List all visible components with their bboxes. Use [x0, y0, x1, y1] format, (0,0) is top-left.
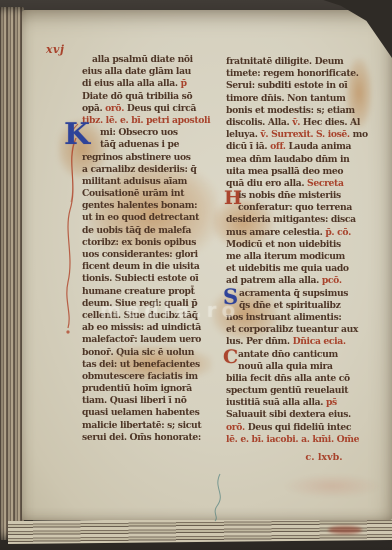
text-line: uita mea psallā deo meo [226, 166, 376, 178]
text-line: nouū alla quia mira [226, 361, 376, 373]
text-line: me alla iterum modicum [226, 251, 376, 263]
text-line: obmutescere faciatis im [82, 371, 212, 383]
book-page: xvj alla psalmū diate nōieius alla date … [22, 10, 392, 520]
text-line: mea dn̄m laudabo dn̄m in [226, 154, 376, 166]
text-segment: eius alla date glām lau [82, 66, 191, 77]
text-segment: quasi uelamen habentes [82, 407, 199, 418]
text-segment: mi: Obsecro uos [100, 127, 178, 138]
text-segment: ficent deum in die uisita [82, 261, 199, 272]
text-line: bonor̄. Quia sic ē uolun [82, 347, 212, 359]
text-segment: uita mea psallā deo meo [226, 166, 343, 177]
right-text-column: fratnitatē diligite. Deumtimete: regem h… [226, 56, 376, 446]
manuscript-photo: xvj alla psalmū diate nōieius alla date … [0, 0, 392, 550]
text-line: bonis et modestis: s; etiam [226, 105, 376, 117]
text-segment: Deus qui circā [124, 103, 196, 114]
text-segment: ad patrem alla alla. [226, 275, 322, 286]
watermark: media.ro [100, 298, 240, 322]
left-text-column: alla psalmū diate nōieius alla date glām… [82, 54, 212, 444]
text-segment: uos considerantes: glori [82, 249, 198, 260]
text-segment: alla psalmū diate nōi [92, 54, 193, 65]
rubric-segment: p̄ [178, 78, 187, 89]
text-line: Kmi: Obsecro uos [82, 127, 212, 139]
rubric-segment: pcō. [322, 275, 342, 286]
text-segment: obmutescere faciatis im [82, 371, 198, 382]
text-line: eius alla date glām lau [82, 66, 212, 78]
text-line: Diate dō quā tribilia sō [82, 91, 212, 103]
rubric-segment: Dn̄ica ecia. [293, 336, 346, 347]
text-segment: opā. [82, 103, 105, 114]
text-segment: mo [350, 129, 368, 140]
text-segment: bilia fecit dn̄s alla ante cō [226, 373, 350, 384]
text-segment: et uidebitis me quia uado [226, 263, 349, 274]
folio-number: xvj [46, 43, 64, 56]
text-line: prudentiū hoīm ignorā [82, 383, 212, 395]
text-line: alla psalmū diate nōi [82, 54, 212, 66]
rubric-segment: ps̄ [326, 397, 337, 408]
rubric-segment: Secreta [307, 178, 344, 189]
text-line: mus amare celestia. p̄. cō. [226, 227, 376, 239]
text-segment: leluya. [226, 129, 260, 140]
text-line: militant aduisus aīam [82, 176, 212, 188]
text-line: lē. e. bī. iacobi. a. km̄i. Om̄e [226, 434, 376, 446]
text-segment: acramenta q̄ supsimus [239, 288, 348, 299]
book-fore-edges [0, 7, 24, 540]
text-segment: mus amare celestia. [226, 227, 325, 238]
text-line: lus. Per dn̄m. Dn̄ica ecia. [226, 336, 376, 348]
text-segment: ctoribz: ex bonis opibus [82, 237, 196, 248]
text-line: humane creature propt̄ [82, 286, 212, 298]
text-segment: dicū ī iā. [226, 141, 270, 152]
text-segment: malicie libertatē: s; sicut [82, 420, 201, 431]
text-line: ut in eo quod detrectant [82, 212, 212, 224]
text-line: tas dei: ut benefacientes [82, 359, 212, 371]
text-segment: Lauda anima [286, 141, 351, 152]
text-segment: regrinos abstinere uos [82, 152, 191, 163]
text-segment: conferatur: quo terrena [238, 202, 352, 213]
rubric-segment: v̄. Surrexit. S. iosē. [260, 129, 349, 140]
text-segment: militant aduisus aīam [82, 176, 187, 187]
text-segment: ab eo missis: ad uindictā [82, 322, 201, 333]
rubric-segment: lē. e. bī. iacobi. a. km̄i. Om̄e [226, 434, 359, 445]
text-segment: Diate dō quā tribilia sō [82, 91, 192, 102]
text-segment: humane creature propt̄ [82, 286, 195, 297]
text-line: ad patrem alla alla. pcō. [226, 275, 376, 287]
text-line: quasi uelamen habentes [82, 407, 212, 419]
text-line: tionis. Subiecti estote oī [82, 273, 212, 285]
ink-show-through [284, 474, 380, 498]
text-line: gentes halentes bonam: [82, 200, 212, 212]
rubric-segment: orō. [105, 103, 124, 114]
text-line: Serui: subditi estote in oī [226, 80, 376, 92]
rubric-segment: tibz. lē. e. bī. petri apostoli [82, 115, 210, 126]
text-line: ficent deum in die uisita [82, 261, 212, 273]
text-line: Cantate dn̄o canticum [226, 349, 376, 361]
text-line: a carnalibz desideriis: q̄ [82, 164, 212, 176]
text-segment: Deus qui fideliū intec [245, 422, 351, 433]
text-segment: tiam. Quasi liberi ī nō [82, 395, 187, 406]
text-segment: Hec dies. Al [300, 117, 360, 128]
text-line: tāq̄ aduenas i pe [82, 139, 212, 151]
text-segment: nouū alla quia mira [238, 361, 333, 372]
text-segment: Modicū et non uidebitis [226, 239, 341, 250]
text-line: et corporalibz tueantur aux [226, 324, 376, 336]
text-line: opā. orō. Deus qui circā [82, 103, 212, 115]
rubric-segment: v̄. [292, 117, 300, 128]
text-segment: timete: regem honorificate. [226, 68, 359, 79]
text-segment: di eius alla alla alla. [82, 78, 178, 89]
text-segment: nos instruant alimentis: [226, 312, 341, 323]
text-segment: gentes halentes bonam: [82, 200, 197, 211]
text-line: malefactor̄: laudem uero [82, 334, 212, 346]
ink-scribble [198, 472, 240, 522]
text-line: q̄s dn̄e et spiritualibz [226, 300, 376, 312]
rubric-segment: orō. [226, 422, 245, 433]
text-segment: prudentiū hoīm ignorā [82, 383, 192, 394]
text-line: regrinos abstinere uos [82, 152, 212, 164]
text-segment: Serui: subditi estote in oī [226, 80, 347, 91]
text-line: desideria mitigantes: disca [226, 214, 376, 226]
text-line: tibz. lē. e. bī. petri apostoli [82, 115, 212, 127]
text-segment: Couisationē urām int [82, 188, 184, 199]
text-segment: serui dei. Om̄s honorate: [82, 432, 201, 443]
text-segment: spectum gentiū reuelauit [226, 385, 348, 396]
text-segment: antate dn̄o canticum [238, 349, 338, 360]
text-line: malicie libertatē: s; sicut [82, 420, 212, 432]
rubric-segment: p̄. cō. [325, 227, 351, 238]
text-segment: mea dn̄m laudabo dn̄m in [226, 154, 350, 165]
red-smudge [328, 526, 362, 534]
text-line: di eius alla alla alla. p̄ [82, 78, 212, 90]
text-segment: bonis et modestis: s; etiam [226, 105, 355, 116]
text-line: iustitiā suā alla alla. ps̄ [226, 397, 376, 409]
text-segment: desideria mitigantes: disca [226, 214, 356, 225]
text-line: quā diu ero alla. Secreta [226, 178, 376, 190]
text-line: His nobis dn̄e misteriis [226, 190, 376, 202]
text-segment: a carnalibz desideriis: q̄ [82, 164, 196, 175]
text-segment: tionis. Subiecti estote oī [82, 273, 198, 284]
text-segment: discolis. Alla. [226, 117, 292, 128]
footer-mark: c. lxvb. [284, 452, 364, 463]
text-line: nos instruant alimentis: [226, 312, 376, 324]
text-segment: timore dn̄is. Non tantum [226, 93, 346, 104]
text-line: leluya. v̄. Surrexit. S. iosē. mo [226, 129, 376, 141]
text-line: timete: regem honorificate. [226, 68, 376, 80]
text-segment: tas dei: ut benefacientes [82, 359, 200, 370]
text-line: fratnitatē diligite. Deum [226, 56, 376, 68]
text-line: Saluauit sibi dextera eius. [226, 409, 376, 421]
text-segment: fratnitatē diligite. Deum [226, 56, 343, 67]
text-line: discolis. Alla. v̄. Hec dies. Al [226, 117, 376, 129]
text-segment: me alla iterum modicum [226, 251, 345, 262]
rubric-segment: off. [270, 141, 286, 152]
text-segment: iustitiā suā alla alla. [226, 397, 326, 408]
text-line: et uidebitis me quia uado [226, 263, 376, 275]
text-segment: q̄s dn̄e et spiritualibz [239, 300, 340, 311]
text-line: serui dei. Om̄s honorate: [82, 432, 212, 444]
text-line: Sacramenta q̄ supsimus [226, 288, 376, 300]
text-segment: is nobis dn̄e misteriis [238, 190, 341, 201]
text-line: spectum gentiū reuelauit [226, 385, 376, 397]
text-line: bilia fecit dn̄s alla ante cō [226, 373, 376, 385]
text-line: uos considerantes: glori [82, 249, 212, 261]
text-segment: tāq̄ aduenas i pe [100, 139, 179, 150]
text-line: ab eo missis: ad uindictā [82, 322, 212, 334]
text-segment: Saluauit sibi dextera eius. [226, 409, 351, 420]
text-line: conferatur: quo terrena [226, 202, 376, 214]
text-line: timore dn̄is. Non tantum [226, 93, 376, 105]
text-segment: ut in eo quod detrectant [82, 212, 199, 223]
text-line: Couisationē urām int [82, 188, 212, 200]
text-line: orō. Deus qui fideliū intec [226, 422, 376, 434]
text-line: dicū ī iā. off. Lauda anima [226, 141, 376, 153]
text-segment: bonor̄. Quia sic ē uolun [82, 347, 194, 358]
text-segment: malefactor̄: laudem uero [82, 334, 201, 345]
text-segment: et corporalibz tueantur aux [226, 324, 358, 335]
text-segment: de uobis tāq̄ de malefa [82, 225, 191, 236]
text-line: Modicū et non uidebitis [226, 239, 376, 251]
text-line: ctoribz: ex bonis opibus [82, 237, 212, 249]
text-line: tiam. Quasi liberi ī nō [82, 395, 212, 407]
text-line: de uobis tāq̄ de malefa [82, 225, 212, 237]
